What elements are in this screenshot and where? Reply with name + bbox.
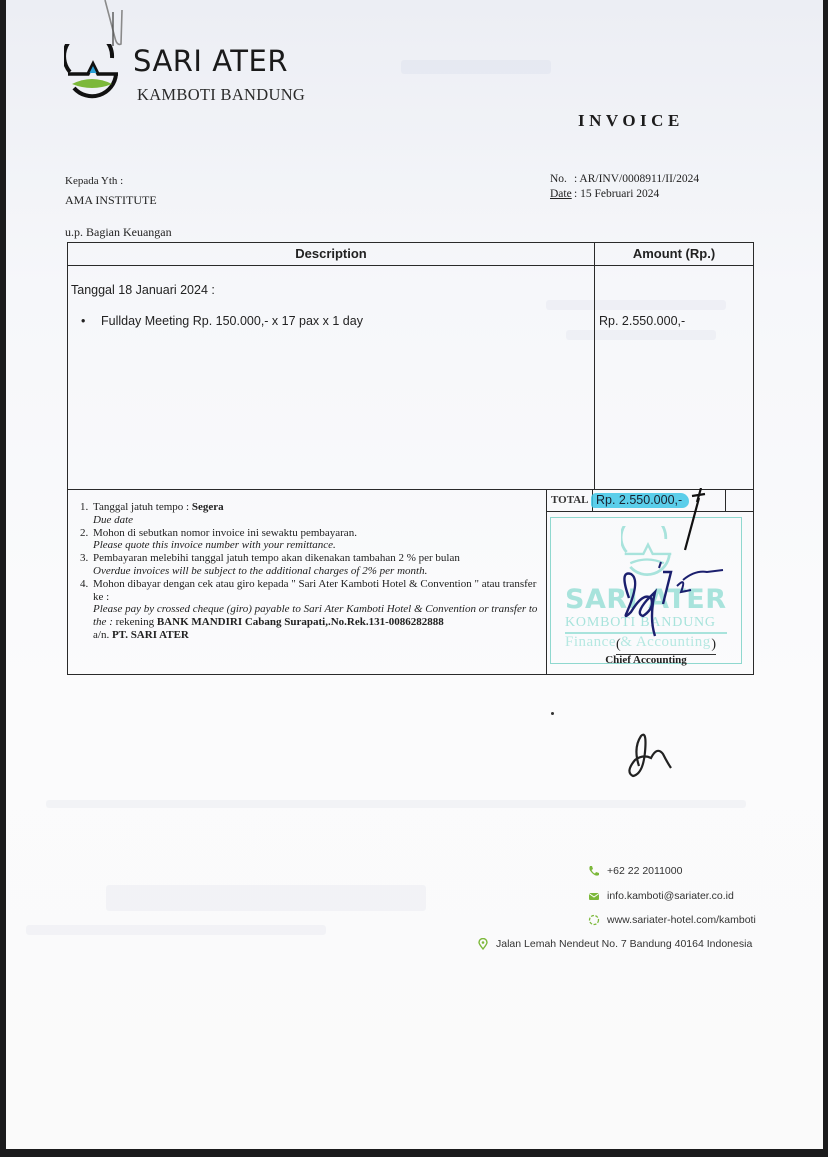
line-item-description: Fullday Meeting Rp. 150.000,- x 17 pax x…: [101, 314, 363, 328]
bank-account: BANK MANDIRI Cabang Surapati,.No.Rek.131…: [157, 616, 444, 628]
table-header: Description Amount (Rp.): [68, 243, 753, 266]
brand-subtitle: KAMBOTI BANDUNG: [137, 85, 305, 105]
note-text: Mohon dibayar dengan cek atau giro kepad…: [93, 578, 536, 603]
paren-open: (: [616, 638, 621, 654]
sari-ater-logo-icon: [64, 44, 122, 102]
note-item: Pembayaran melebihi tanggal jatuh tempo …: [91, 552, 546, 578]
initial-signature-icon: [621, 718, 681, 784]
phone-number: +62 22 2011000: [607, 865, 682, 877]
ink-dot: [551, 712, 554, 715]
bullet-icon: •: [81, 314, 101, 328]
note-translation: Overdue invoices will be subject to the …: [93, 565, 546, 578]
brand-name: SARI ATER: [133, 44, 288, 78]
stamp-subtitle: KOMBOTI BANDUNG: [565, 615, 716, 631]
note-translation: Due date: [93, 514, 546, 527]
email-address: info.kamboti@sariater.co.id: [607, 890, 734, 902]
note-translation: Please quote this invoice number with yo…: [93, 539, 546, 552]
description-cell: Tanggal 18 Januari 2024 : •Fullday Meeti…: [68, 266, 595, 489]
invoice-page: SARI ATER KAMBOTI BANDUNG INVOICE No.: A…: [6, 0, 823, 1149]
document-title: INVOICE: [578, 111, 684, 131]
stamp-brand: SARI ATER: [565, 584, 727, 615]
invoice-date-value: : 15 Februari 2024: [574, 188, 659, 200]
note-text: Tanggal jatuh tempo :: [93, 501, 192, 513]
bank-prefix: rekening: [113, 616, 157, 628]
service-date: Tanggal 18 Januari 2024 :: [71, 283, 215, 297]
recipient-label: Kepada Yth :: [65, 175, 123, 187]
payment-notes: Tanggal jatuh tempo : SegeraDue date Moh…: [68, 490, 547, 674]
header-description: Description: [68, 243, 595, 265]
paren-close: ): [711, 638, 716, 654]
website-url: www.sariater-hotel.com/kamboti: [607, 914, 756, 926]
table-footer: Tanggal jatuh tempo : SegeraDue date Moh…: [68, 490, 753, 674]
note-text: Mohon di sebutkan nomor invoice ini sewa…: [93, 527, 357, 539]
phone-icon: [588, 865, 600, 877]
globe-icon: [588, 914, 600, 926]
bleed-through: [401, 60, 551, 74]
invoice-date: Date: 15 Februari 2024: [550, 188, 659, 200]
company-stamp: SARI ATER KOMBOTI BANDUNG Finance & Acco…: [550, 517, 742, 664]
note-text: Pembayaran melebihi tanggal jatuh tempo …: [93, 552, 460, 564]
total-label: TOTAL: [547, 490, 593, 511]
street-address: Jalan Lemah Nendeut No. 7 Bandung 40164 …: [496, 938, 752, 950]
invoice-table: Description Amount (Rp.) Tanggal 18 Janu…: [67, 242, 754, 675]
contact-phone: +62 22 2011000: [588, 865, 682, 877]
total-value: Rp. 2.550.000,-: [596, 493, 682, 507]
bleed-through: [26, 925, 326, 935]
bleed-through: [106, 885, 426, 911]
invoice-date-label: Date: [550, 188, 574, 200]
account-holder: PT. SARI ATER: [112, 629, 189, 641]
signatory-title: Chief Accounting: [551, 654, 741, 666]
total-row: TOTAL Rp. 2.550.000,-: [547, 490, 753, 512]
recipient-attention: u.p. Bagian Keuangan: [65, 225, 172, 240]
contact-address: Jalan Lemah Nendeut No. 7 Bandung 40164 …: [477, 938, 752, 950]
table-row: Tanggal 18 Januari 2024 : •Fullday Meeti…: [68, 266, 753, 490]
amount-cell: Rp. 2.550.000,-: [595, 266, 753, 489]
total-and-signature: TOTAL Rp. 2.550.000,- SARI ATER KOMBOTI: [547, 490, 753, 674]
contact-email: info.kamboti@sariater.co.id: [588, 890, 734, 902]
contact-website: www.sariater-hotel.com/kamboti: [588, 914, 756, 926]
invoice-number: No.: AR/INV/0008911/II/2024: [550, 173, 699, 185]
location-pin-icon: [477, 938, 489, 950]
invoice-number-value: : AR/INV/0008911/II/2024: [574, 173, 699, 185]
bleed-through: [46, 800, 746, 808]
invoice-number-label: No.: [550, 173, 574, 185]
line-item-amount: Rp. 2.550.000,-: [599, 314, 685, 328]
due-date-value: Segera: [192, 501, 224, 513]
note-item: Tanggal jatuh tempo : SegeraDue date: [91, 501, 546, 527]
note-item: Mohon dibayar dengan cek atau giro kepad…: [91, 578, 546, 642]
stamp-logo-icon: [621, 526, 675, 580]
email-icon: [588, 890, 600, 902]
note-item: Mohon di sebutkan nomor invoice ini sewa…: [91, 527, 546, 553]
header-amount: Amount (Rp.): [595, 243, 753, 265]
holder-prefix: a/n.: [93, 629, 112, 641]
signature-line: ( ): [616, 638, 716, 655]
recipient-name: AMA INSTITUTE: [65, 193, 157, 208]
total-value-cell: Rp. 2.550.000,-: [593, 490, 726, 511]
line-item: •Fullday Meeting Rp. 150.000,- x 17 pax …: [81, 314, 363, 328]
